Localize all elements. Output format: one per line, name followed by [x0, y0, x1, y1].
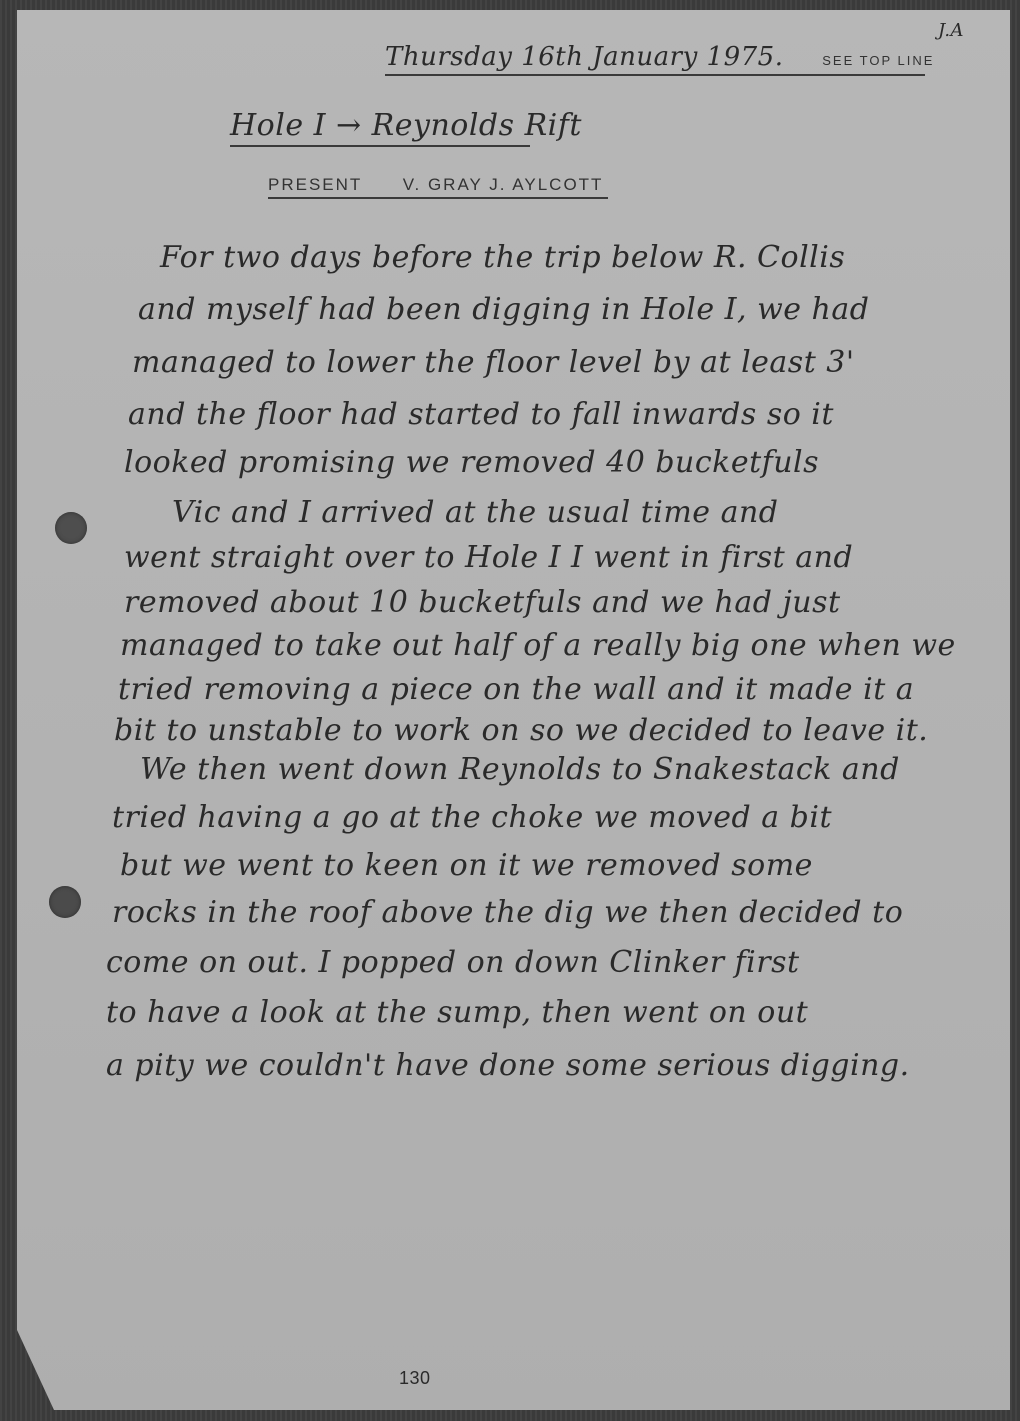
document-title: Hole I → Reynolds Rift	[230, 108, 530, 147]
body-line: looked promising we removed 40 bucketful…	[124, 445, 819, 480]
date-line: Thursday 16th January 1975. SEE TOP LINE	[385, 42, 925, 76]
body-line: Vic and I arrived at the usual time and	[172, 495, 779, 530]
body-line: For two days before the trip below R. Co…	[160, 240, 845, 275]
page-number: 130	[399, 1368, 431, 1389]
body-line: to have a look at the sump, then went on…	[106, 995, 808, 1030]
body-line: but we went to keen on it we removed som…	[120, 848, 813, 883]
body-line: and the floor had started to fall inward…	[128, 397, 834, 432]
body-line: a pity we couldn't have done some seriou…	[106, 1048, 910, 1083]
present-names: V. GRAY J. AYLCOTT	[403, 175, 604, 194]
body-line: rocks in the roof above the dig we then …	[112, 895, 903, 930]
body-line: went straight over to Hole I I went in f…	[124, 540, 853, 575]
paper-sheet	[17, 10, 1010, 1410]
body-line: tried having a go at the choke we moved …	[112, 800, 832, 835]
body-line: come on out. I popped on down Clinker fi…	[106, 945, 800, 980]
body-line: bit to unstable to work on so we decided…	[114, 713, 928, 748]
body-line: and myself had been digging in Hole I, w…	[138, 292, 869, 327]
punch-hole-bottom	[49, 886, 81, 918]
body-line: tried removing a piece on the wall and i…	[118, 672, 914, 707]
date-note: SEE TOP LINE	[822, 53, 934, 68]
present-label: PRESENT	[268, 175, 362, 194]
date-text: Thursday 16th January 1975.	[385, 42, 783, 72]
body-line: managed to lower the floor level by at l…	[132, 345, 855, 380]
punch-hole-top	[55, 512, 87, 544]
body-line: removed about 10 bucketfuls and we had j…	[124, 585, 841, 620]
body-line: managed to take out half of a really big…	[120, 628, 956, 663]
present-line: PRESENT V. GRAY J. AYLCOTT	[268, 175, 608, 199]
initials: J.A	[938, 20, 964, 41]
body-line: We then went down Reynolds to Snakestack…	[140, 752, 900, 787]
